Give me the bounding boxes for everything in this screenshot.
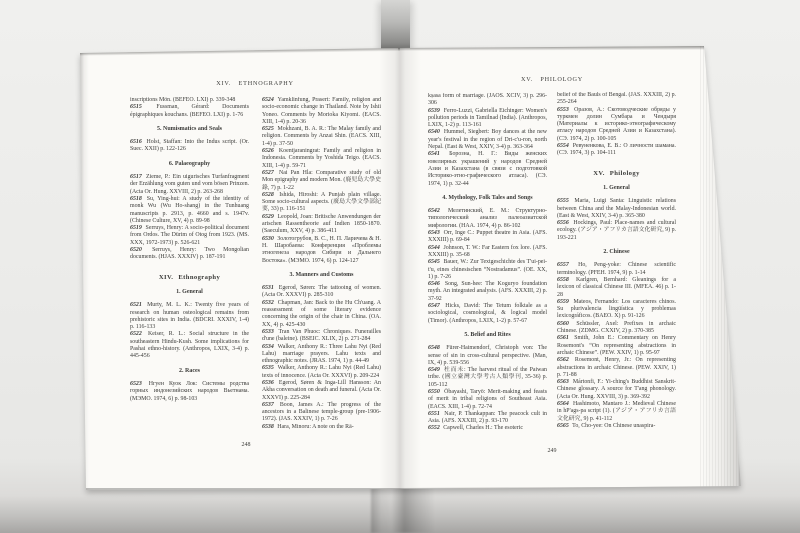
entry-number: 6551 <box>428 411 442 417</box>
section-heading: 1. General <box>562 185 671 192</box>
section-heading: 1. General <box>135 289 244 296</box>
section-heading: 3. Manners and Customs <box>267 272 376 279</box>
section-heading: 2. Chinese <box>562 249 671 256</box>
entry-number: 6559 <box>557 299 571 305</box>
bib-entry: 6531 Egerod, Søren: The tattooing of wom… <box>262 285 381 300</box>
running-head-left: XIV. ETHNOGRAPHY <box>128 80 382 87</box>
bib-entry: 6536 Egerod, Søren & Inga-Lill Hansson: … <box>262 380 381 402</box>
open-book: XIV. ETHNOGRAPHY inscriptions Môn. (BEFE… <box>0 0 800 533</box>
bib-entry: 6522 Keiser, R. L.: Social structure in … <box>130 331 249 360</box>
entry-number: 6544 <box>428 245 442 251</box>
entry-number: 6538 <box>262 424 276 430</box>
page-gutter-shadow <box>379 46 421 490</box>
bib-entry: 6521 Murty, M. L. K.: Twenty five years … <box>130 302 249 331</box>
section-heading: 6. Palaeography <box>135 161 244 168</box>
bib-entry: 6560 Schüssler, Axel: Prefixes in archai… <box>557 321 676 336</box>
page-fore-edge-left <box>80 52 89 490</box>
entry-number: 6521 <box>130 302 144 308</box>
bib-entry: 6551 Nair, P. Thankappan: The peacock cu… <box>428 411 547 426</box>
bib-entry: 6545 Bauer, W.: Zur Textgeschichte des T… <box>428 259 547 281</box>
bib-entry: 6532 Chapman, Jan: Back to the Hu Ch'uan… <box>262 300 381 329</box>
bib-column-left-2: 6524 Yamklinfung, Prasert: Family, relig… <box>262 97 381 447</box>
entry-number: 6518 <box>130 196 144 202</box>
bib-entry: 6519 Serruys, Henry: A socio-political d… <box>130 225 249 247</box>
entry-number: 6537 <box>262 402 276 408</box>
entry-number: 6529 <box>262 214 276 220</box>
bib-entry: 6538 Hara, Minoru: A note on the Rā- <box>262 424 381 431</box>
entry-number: 6563 <box>557 379 571 385</box>
bib-entry: 6534 Walker, Anthony R.: Three Lahu Nyi … <box>262 344 381 366</box>
bib-entry: 6544 Johnson, T. W.: Far Eastern fox lor… <box>428 245 547 260</box>
book-pages: XIV. ETHNOGRAPHY inscriptions Môn. (BEFE… <box>0 0 800 533</box>
page-number-left: 248 <box>130 442 362 448</box>
bib-entry: 6529 Leopold, Joan: Britische Anwendunge… <box>262 214 381 236</box>
bib-entry: inscriptions Môn. (BEFEO. LXI) p. 339-34… <box>130 97 249 104</box>
entry-number: 6517 <box>130 174 144 180</box>
bib-entry: 6526 Koentjaraningrat: Family and religi… <box>262 148 381 170</box>
bib-entry: 6561 Smith, John E.: Commentary on Henry… <box>557 335 676 357</box>
bib-entry: belief of the Bauls of Bengal. (JAS. XXX… <box>557 92 676 107</box>
bib-entry: 6516 Holst, Staffan: Into the Indus scri… <box>130 139 249 154</box>
bib-entry: 6553 Оразов, А.: Скотоводческие обряды у… <box>557 107 676 143</box>
entry-number: 6525 <box>262 126 276 132</box>
entry-number: 6520 <box>130 247 144 253</box>
entry-number: 6564 <box>557 401 571 407</box>
bib-entry: 6528 Ishida, Hiroshi: A Punjab plain vil… <box>262 192 381 214</box>
entry-number: 6539 <box>428 108 442 114</box>
page-bottom-edge-right <box>400 486 741 489</box>
page-number-right: 249 <box>428 448 676 454</box>
entry-number: 6554 <box>557 143 571 149</box>
bib-entry: 6549 杜而未: The harvest ritual of the Paiw… <box>428 367 547 389</box>
bib-entry: 6541 Борозна, Н. Г.: Виды женских ювелир… <box>428 151 547 187</box>
entry-number: 6558 <box>557 277 571 283</box>
entry-number: 6526 <box>262 148 276 154</box>
bib-entry: 6559 Mateos, Fernando: Los caracteres ch… <box>557 299 676 321</box>
entry-number: 6534 <box>262 344 276 350</box>
bib-entry: 6546 Song, Sun-hee: The Koguryo foundati… <box>428 281 547 303</box>
entry-number: 6528 <box>262 192 276 198</box>
bib-entry: 6543 Orr, Inge C.: Puppet theatre in Asi… <box>428 230 547 245</box>
bib-entry: 6547 Hicks, David: The Tetum folktale as… <box>428 303 547 325</box>
entry-number: 6530 <box>262 236 276 242</box>
bib-entry: 6557 Ho, Peng-yoke: Chinese scientific t… <box>557 262 676 277</box>
bib-entry: 6515 Fussman, Gérard: Documents épigraph… <box>130 104 249 119</box>
section-heading: 2. Races <box>135 368 244 375</box>
section-heading: 5. Belief and Rites <box>433 332 542 339</box>
entry-number: 6522 <box>130 331 144 337</box>
bib-column-right-1: kṣasa form of marriage. (JAOS. XCIV, 3) … <box>428 93 547 447</box>
entry-number: 6546 <box>428 281 442 287</box>
bib-entry: kṣasa form of marriage. (JAOS. XCIV, 3) … <box>428 93 547 108</box>
entry-number: 6524 <box>262 97 276 103</box>
entry-number: 6560 <box>557 321 571 327</box>
section-heading: 5. Numismatics and Seals <box>135 126 244 133</box>
entry-number: 6550 <box>428 389 442 395</box>
entry-number: 6532 <box>262 300 276 306</box>
entry-number: 6561 <box>557 335 571 341</box>
entry-number: 6533 <box>262 329 276 335</box>
entry-number: 6541 <box>428 151 442 157</box>
bib-entry: 6548 Fürer-Haimendorf, Christoph von: Th… <box>428 345 547 367</box>
bib-entry: 6552 Capwell, Charles H.: The esoteric <box>428 425 547 432</box>
entry-number: 6523 <box>130 381 144 387</box>
entry-number: 6543 <box>428 230 442 236</box>
bib-entry: 6565 To, Cho-yee: On Chinese unaspira- <box>557 423 676 430</box>
entry-number: 6547 <box>428 303 442 309</box>
entry-number: 6515 <box>130 104 144 110</box>
section-heading: XV. Philology <box>559 170 674 177</box>
page-bottom-edge-left <box>85 488 400 490</box>
bib-entry: 6558 Karlgren, Bernhard: Gleanings for a… <box>557 277 676 299</box>
entry-number: 6535 <box>262 365 276 371</box>
entry-number: 6565 <box>557 423 571 429</box>
page-top-edge-left <box>79 47 400 56</box>
entry-number: 6553 <box>557 107 571 113</box>
entry-number: 6527 <box>262 170 276 176</box>
bib-entry: 6537 Boon, James A.: The progress of the… <box>262 402 381 424</box>
entry-number: 6556 <box>557 220 571 226</box>
entry-number: 6548 <box>428 345 442 351</box>
bib-column-left-1: inscriptions Môn. (BEFEO. LXI) p. 339-34… <box>130 97 249 447</box>
bib-entry: 6555 Maria, Luigi Santa: Linguistic rela… <box>557 198 676 220</box>
entry-number: 6519 <box>130 225 144 231</box>
bib-entry: 6518 Su, Ying-hui: A study of the identi… <box>130 196 249 225</box>
bib-entry: 6520 Serruys, Henry: Two Mongolian docum… <box>130 247 249 262</box>
entry-number: 6540 <box>428 129 442 135</box>
page-fore-edge-right <box>700 46 743 488</box>
entry-number: 6545 <box>428 259 442 265</box>
entry-number: 6542 <box>428 208 442 214</box>
entry-number: 6557 <box>557 262 571 268</box>
bib-entry: 6542 Мелетинский, Е. М.: Структурно-типо… <box>428 208 547 230</box>
section-heading: XIV. Ethnography <box>132 274 247 281</box>
bib-entry: 6517 Zieme, P.: Ein uigurisches Turfanfr… <box>130 174 249 196</box>
bib-entry: 6524 Yamklinfung, Prasert: Family, relig… <box>262 97 381 126</box>
bib-entry: 6525 Mokhzani, B. A. R.: The Malay famil… <box>262 126 381 148</box>
bib-entry: 6530 Золотогрубов, В. С., Н. П. Ларичева… <box>262 236 381 265</box>
section-heading: 4. Mythology, Folk Tales and Songs <box>433 195 542 202</box>
bib-entry: 6563 Mártonfi, F.: Yi-ching's Buddhist S… <box>557 379 676 401</box>
photo-scene: XIV. ETHNOGRAPHY inscriptions Môn. (BEFE… <box>0 0 800 533</box>
bib-entry: 6550 Ōbayashi, Taryō: Merit-making and f… <box>428 389 547 411</box>
entry-number: 6555 <box>557 198 571 204</box>
entry-number: 6549 <box>428 367 442 373</box>
bib-entry: 6562 Rosemont, Henry, Jr.: On representi… <box>557 357 676 379</box>
entry-number: 6552 <box>428 425 442 431</box>
bib-entry: 6523 Нгуен Куок Лок: Системы родства гор… <box>130 381 249 403</box>
entry-number: 6516 <box>130 139 144 145</box>
bib-entry: 6564 Hashimoto, Mantaro J.: Medieval Chi… <box>557 401 676 423</box>
entry-number: 6536 <box>262 380 276 386</box>
bib-column-right-2: belief of the Bauls of Bengal. (JAS. XXX… <box>557 92 676 446</box>
entry-number: 6531 <box>262 285 276 291</box>
bib-entry: 6554 Ревуненкова, Е. В.: О личности шама… <box>557 143 676 158</box>
page-top-edge-right <box>398 46 706 51</box>
bib-entry: 6533 Tran Van Phuoc: Chroniques. Funerai… <box>262 329 381 344</box>
bib-entry: 6540 Hummel, Siegbert: Boy dances at the… <box>428 129 547 151</box>
running-head-right: XV. PHILOLOGY <box>426 76 678 83</box>
bib-entry: 6539 Ferro-Luzzi, Gabriella Eichinger: W… <box>428 108 547 130</box>
bib-entry: 6527 Nai Pan Hla: Comparative study of o… <box>262 170 381 192</box>
entry-number: 6562 <box>557 357 571 363</box>
bib-entry: 6556 Hockings, Paul: Place-names and cul… <box>557 220 676 242</box>
bib-entry: 6535 Walker, Anthony R.: Lahu Nyi (Red L… <box>262 365 381 380</box>
